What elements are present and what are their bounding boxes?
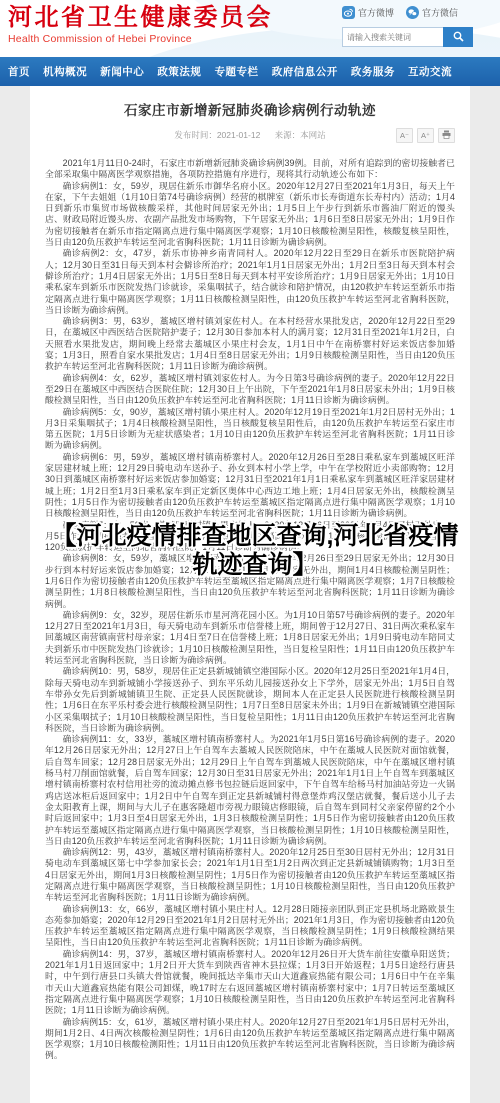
- official-wechat-link[interactable]: 官方微信: [406, 6, 458, 19]
- nav-item-1[interactable]: 机构概况: [43, 64, 87, 79]
- site-header: 河北省卫生健康委员会 Health Commission of Hebei Pr…: [0, 0, 500, 57]
- search-input[interactable]: [342, 27, 443, 47]
- article-meta: 发布时间：2021-01-12 来源：本网站 A⁻ A⁺: [45, 129, 455, 143]
- article-source: 来源：本网站: [275, 130, 326, 140]
- printer-icon: [442, 130, 451, 141]
- case-paragraph: 确诊病例4：女，62岁，藁城区增村镇刘家佐村人。为今日第3号确诊病例的妻子。20…: [45, 373, 455, 407]
- nav-item-0[interactable]: 首页: [8, 64, 30, 79]
- case-paragraph: 确诊病例11：女，33岁，藁城区增村镇南桥寨村人。为2021年1月5日第16号确…: [45, 734, 455, 847]
- publish-date: 发布时间：2021-01-12: [174, 130, 260, 140]
- case-paragraph: 确诊病例13：女，66岁，藁城区增村镇小果庄村人。12月28日随接亲团队到正定县…: [45, 904, 455, 949]
- article-title: 石家庄市新增新冠肺炎确诊病例行动轨迹: [45, 99, 455, 119]
- font-larger-button[interactable]: A⁺: [417, 128, 434, 143]
- intro-paragraph: 2021年1月11日0-24时，石家庄市新增新冠肺炎确诊病例39例。目前，对所有…: [45, 158, 455, 181]
- case-paragraph: 确诊病例8：女，59岁，藁城区增村镇南桥寨村人。2020年12月26日至29日居…: [45, 553, 455, 609]
- case-paragraph: 确诊病例2：女，47岁，新乐市协神乡南青同村人。2020年12月22日至29日在…: [45, 248, 455, 316]
- nav-item-2[interactable]: 新闻中心: [100, 64, 144, 79]
- weibo-icon: [342, 6, 355, 19]
- nav-item-4[interactable]: 专题专栏: [215, 64, 259, 79]
- main-navigation: 首页机构概况新闻中心政策法规专题专栏政府信息公开政务服务互动交流: [0, 57, 500, 86]
- case-paragraph: 确诊病例15：女，61岁，藁城区增村镇小果庄村人。2020年12月27日至202…: [45, 1017, 455, 1062]
- case-paragraph: 确诊病例6：男，59岁，藁城区增村镇南桥寨村人。2020年12月26日至28日乘…: [45, 452, 455, 520]
- case-paragraph: 确诊病例3：男，63岁，藁城区增村镇刘家佐村人。在本村经营水果批发店，2020年…: [45, 316, 455, 372]
- search-icon: [453, 30, 464, 45]
- site-subtitle: Health Commission of Hebei Province: [8, 33, 273, 45]
- site-logo[interactable]: 河北省卫生健康委员会 Health Commission of Hebei Pr…: [8, 5, 273, 45]
- content-wrapper: 石家庄市新增新冠肺炎确诊病例行动轨迹 发布时间：2021-01-12 来源：本网…: [0, 86, 500, 1103]
- case-paragraph: 确诊病例5：女，90岁，藁城区增村镇小果庄村人。2020年12月19日至2021…: [45, 407, 455, 452]
- official-weibo-link[interactable]: 官方微博: [342, 6, 394, 19]
- print-button[interactable]: [438, 128, 455, 143]
- search-button[interactable]: [443, 27, 473, 47]
- article-panel: 石家庄市新增新冠肺炎确诊病例行动轨迹 发布时间：2021-01-12 来源：本网…: [30, 86, 470, 1103]
- case-paragraph: 确诊病例7：女，59岁，藁城区增村镇小果庄村人。2020年12月26日至2021…: [45, 520, 455, 554]
- case-paragraph: 确诊病例10：男，58岁，现居住正定县新城铺镇空港国际小区。2020年12月25…: [45, 666, 455, 734]
- case-paragraph: 确诊病例14：男，37岁，藁城区增村镇南桥寨村人。2020年12月26日开大货车…: [45, 949, 455, 1017]
- case-paragraph: 确诊病例12：男，43岁，藁城区增村镇南桥寨村人。2020年12月25日至30日…: [45, 847, 455, 903]
- nav-item-5[interactable]: 政府信息公开: [272, 64, 338, 79]
- case-paragraph: 确诊病例1：女，59岁，现居住新乐市御华名府小区。2020年12月27日至202…: [45, 181, 455, 249]
- nav-item-3[interactable]: 政策法规: [157, 64, 201, 79]
- font-smaller-button[interactable]: A⁻: [396, 128, 413, 143]
- weibo-label: 官方微博: [358, 6, 394, 19]
- case-paragraph: 确诊病例9：女，32岁，现居住新乐市星河湾花园小区。为1月10日第57号确诊病例…: [45, 610, 455, 666]
- nav-item-6[interactable]: 政务服务: [351, 64, 395, 79]
- article-body: 2021年1月11日0-24时，石家庄市新增新冠肺炎确诊病例39例。目前，对所有…: [45, 158, 455, 1062]
- wechat-icon: [406, 6, 419, 19]
- site-title: 河北省卫生健康委员会: [8, 5, 273, 31]
- nav-item-7[interactable]: 互动交流: [408, 64, 452, 79]
- wechat-label: 官方微信: [422, 6, 458, 19]
